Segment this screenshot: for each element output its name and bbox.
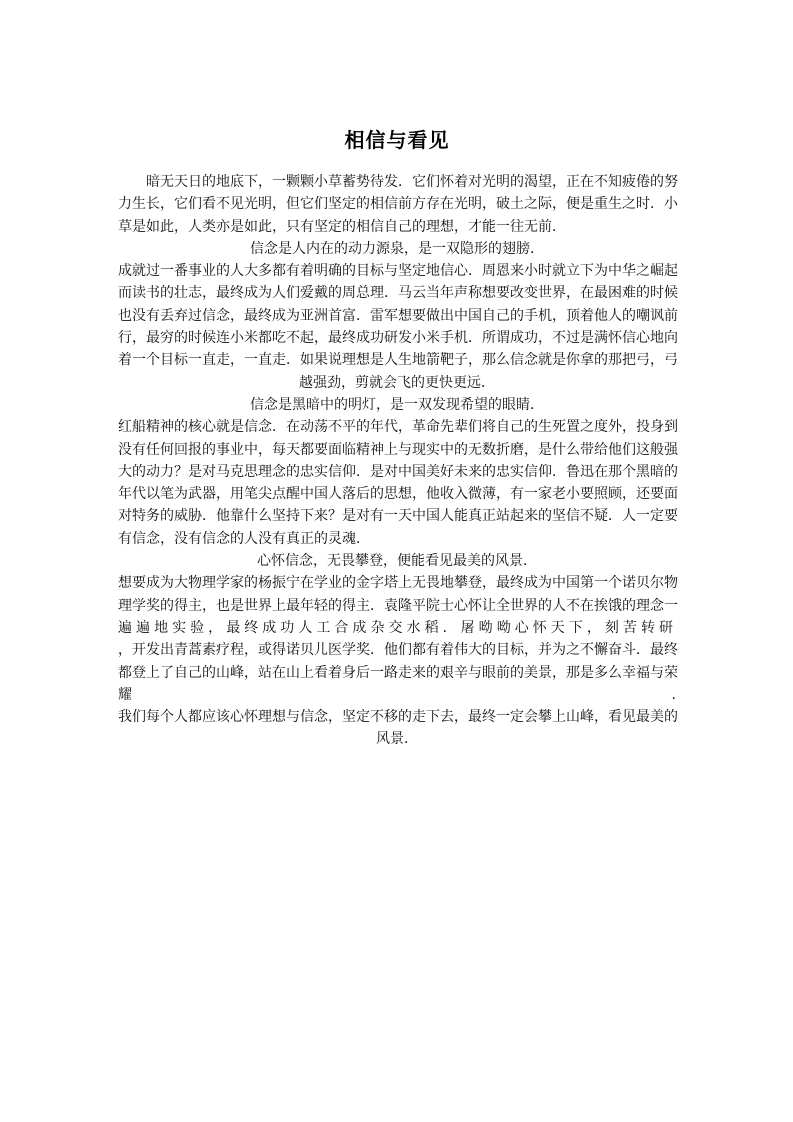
text-line: 大的动力？是对马克思理念的忠实信仰．是对中国美好未来的忠实信仰．鲁迅在那个黑暗的	[118, 461, 676, 483]
text-line: 都登上了自己的山峰，站在山上看着身后一路走来的艰辛与眼前的美景，那是多么幸福与荣	[118, 662, 676, 684]
text-line: 越强劲，剪就会飞的更快更远．	[118, 372, 676, 394]
text-line: 年代以笔为武器，用笔尖点醒中国人落后的思想，他收入微薄，有一家老小要照顾，还要面	[118, 483, 676, 505]
text-line: 而读书的壮志，最终成为人们爱戴的周总理．马云当年声称想要改变世界，在最困难的时候	[118, 282, 676, 304]
section-heading-3: 心怀信念，无畏攀登，便能看见最美的风景．	[118, 550, 676, 572]
text-line: 行，最穷的时候连小米都吃不起，最终成功研发小米手机．所谓成功，不过是满怀信心地向	[118, 327, 676, 349]
text-line: 红船精神的核心就是信念．在动荡不平的年代，革命先辈们将自己的生死置之度外，投身到	[118, 416, 676, 438]
text-line: 暗无天日的地底下，一颗颗小草蓄势待发．它们怀着对光明的渴望，正在不知疲倦的努	[118, 171, 676, 193]
document-body: 暗无天日的地底下，一颗颗小草蓄势待发．它们怀着对光明的渴望，正在不知疲倦的努 力…	[118, 171, 676, 751]
paragraph-goals: 成就过一番事业的人大多都有着明确的目标与坚定地信心．周恩来小时就立下为中华之崛起…	[118, 260, 676, 394]
section-heading-1: 信念是人内在的动力源泉，是一双隐形的翅膀．	[118, 238, 676, 260]
text-line: 对特务的威胁．他靠什么坚持下来？是对有一天中国人能真正站起来的坚信不疑．人一定要	[118, 505, 676, 527]
paragraph-intro: 暗无天日的地底下，一颗颗小草蓄势待发．它们怀着对光明的渴望，正在不知疲倦的努 力…	[118, 171, 676, 238]
paragraph-conclusion: 我们每个人都应该心怀理想与信念，坚定不移的走下去，最终一定会攀上山峰，看见最美的…	[118, 706, 676, 751]
text-line: 成就过一番事业的人大多都有着明确的目标与坚定地信心．周恩来小时就立下为中华之崛起	[118, 260, 676, 282]
text-line: 着一个目标一直走，一直走．如果说理想是人生地箭靶子，那么信念就是你拿的那把弓，弓	[118, 349, 676, 371]
paragraph-climb: 想要成为大物理学家的杨振宁在学业的金字塔上无畏地攀登，最终成为中国第一个诺贝尔物…	[118, 572, 676, 706]
text-line: ，开发出青蒿素疗程，或得诺贝儿医学奖．他们都有着伟大的目标，并为之不懈奋斗．最终	[118, 639, 676, 661]
text-line: 也没有丢弃过信念，最终成为亚洲首富．雷军想要做出中国自己的手机，顶着他人的嘲讽前	[118, 305, 676, 327]
line-word: 耀	[118, 684, 132, 706]
text-line: 草是如此，人类亦是如此，只有坚定的相信自己的理想，才能一往无前．	[118, 216, 676, 238]
text-line: 有信念，没有信念的人没有真正的灵魂．	[118, 528, 676, 550]
text-line: 耀 .	[118, 684, 676, 706]
text-line: 理学奖的得主，也是世界上最年轻的得主．袁隆平院士心怀让全世界的人不在挨饿的理念一	[118, 595, 676, 617]
text-line: 我们每个人都应该心怀理想与信念，坚定不移的走下去，最终一定会攀上山峰，看见最美的	[118, 706, 676, 728]
text-line: 力生长，它们看不见光明，但它们坚定的相信前方存在光明，破土之际，便是重生之时．小	[118, 193, 676, 215]
text-line: 遍遍地实验，最终成功人工合成杂交水稻．屠呦呦心怀天下，刻苦转研	[118, 617, 676, 639]
document-title: 相信与看见	[118, 124, 676, 153]
text-line: 风景．	[118, 728, 676, 750]
paragraph-red-boat: 红船精神的核心就是信念．在动荡不平的年代，革命先辈们将自己的生死置之度外，投身到…	[118, 416, 676, 550]
line-period: .	[672, 684, 676, 706]
text-line: 没有任何回报的事业中，每天都要面临精神上与现实中的无数折磨，是什么带给他们这般强	[118, 439, 676, 461]
text-line: 想要成为大物理学家的杨振宁在学业的金字塔上无畏地攀登，最终成为中国第一个诺贝尔物	[118, 572, 676, 594]
section-heading-2: 信念是黑暗中的明灯，是一双发现希望的眼睛．	[118, 394, 676, 416]
